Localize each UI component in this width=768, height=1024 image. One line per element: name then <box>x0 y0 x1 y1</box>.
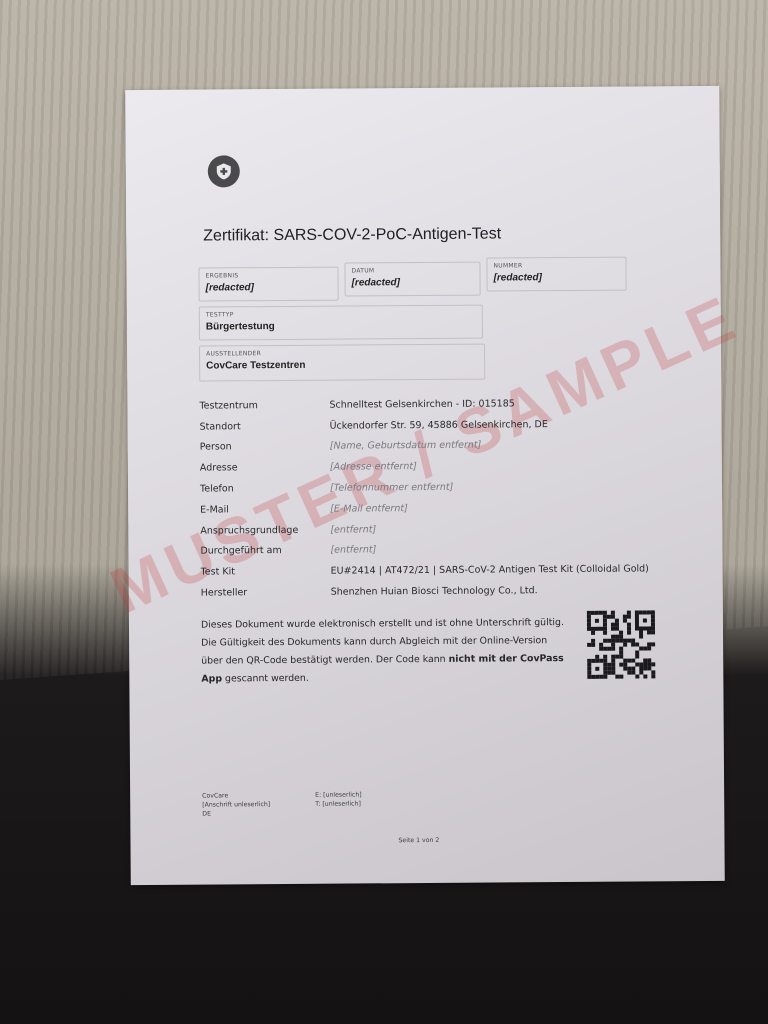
page-number: Seite 1 von 2 <box>398 836 439 845</box>
test-type-value: Bürgertestung <box>206 320 476 333</box>
number-field: Nummer [redacted] <box>486 257 626 292</box>
document-title: Zertifikat: SARS-COV-2-PoC-Antigen-Test <box>203 225 501 245</box>
footer-contact: E: [unleserlich] T: [unleserlich] <box>315 790 362 808</box>
shield-cross-icon <box>208 155 240 187</box>
issuer-label: Ausstellender <box>206 349 478 358</box>
result-field: Ergebnis [redacted] <box>198 267 338 302</box>
details-table: TestzentrumSchnelltest Gelsenkirchen - I… <box>199 392 670 603</box>
issuer-field: Ausstellender CovCare Testzentren <box>199 344 485 382</box>
number-label: Nummer <box>493 262 619 270</box>
issuer-value: CovCare Testzentren <box>206 359 478 372</box>
certificate-document: MUSTER / SAMPLE Zertifikat: SARS-COV-2-P… <box>125 86 725 885</box>
qr-code-icon <box>587 610 655 678</box>
date-field: Datum [redacted] <box>344 262 480 297</box>
number-value: [redacted] <box>494 272 620 284</box>
detail-row: HerstellerShenzhen Huian Biosci Technolo… <box>201 579 671 603</box>
test-type-label: Testtyp <box>206 310 476 319</box>
test-type-field: Testtyp Bürgertestung <box>199 305 483 341</box>
date-value: [redacted] <box>352 277 474 289</box>
result-label: Ergebnis <box>206 272 332 280</box>
result-value: [redacted] <box>206 282 332 294</box>
date-label: Datum <box>351 267 473 275</box>
footer-company: CovCare [Anschrift unleserlich] DE <box>202 791 270 818</box>
validity-notice: Dieses Dokument wurde elektronisch erste… <box>201 614 571 689</box>
